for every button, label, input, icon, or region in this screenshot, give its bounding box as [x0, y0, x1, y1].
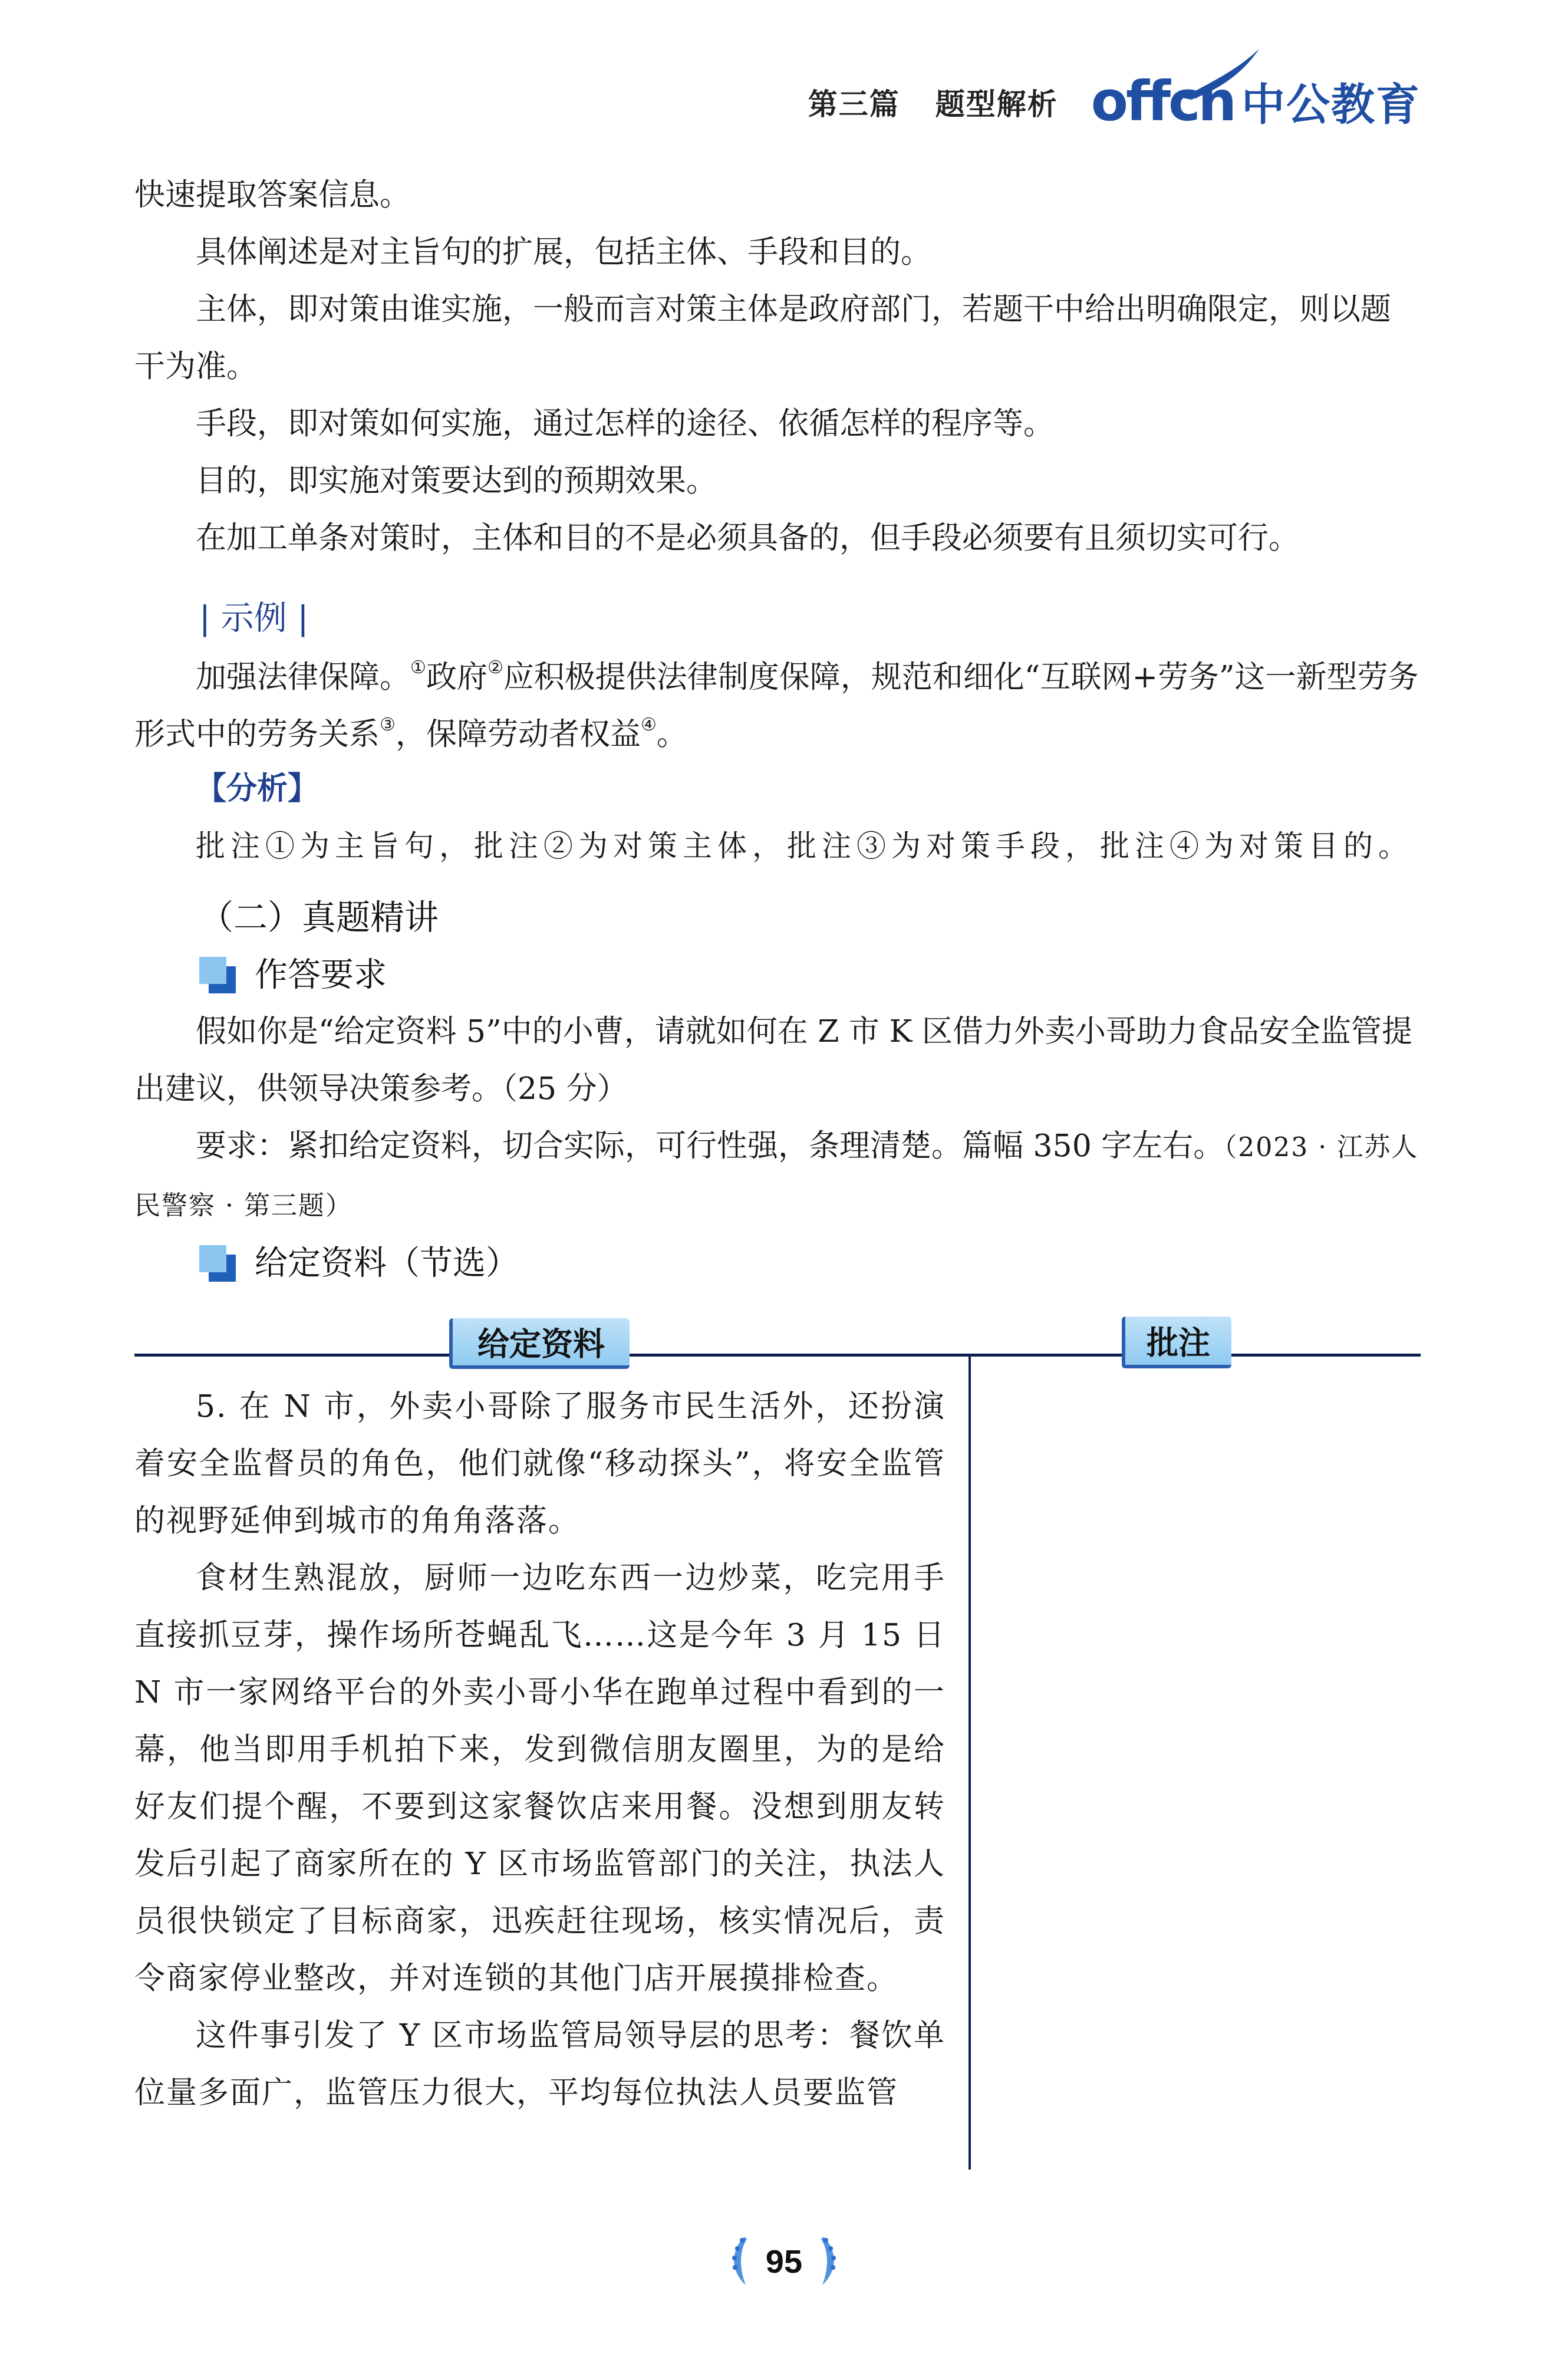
example-section: | 示例 | 加强法律保障。①政府②应积极提供法律制度保障，规范和细化“互联网+…	[134, 590, 1419, 763]
chapter-title: 第三篇题型解析	[808, 81, 1058, 123]
requirement-heading: 作答要求	[199, 946, 1419, 1003]
paragraph: 在加工单条对策时，主体和目的不是必须具备的，但手段必须要有且须切实可行。	[134, 510, 1419, 567]
page-header: 第三篇题型解析 offcn 中公教育	[808, 70, 1421, 134]
part-label: 第三篇	[808, 87, 900, 121]
tab-given-material: 给定资料	[449, 1318, 630, 1369]
material-paragraph: 这件事引发了 Y 区市场监管局领导层的思考：餐饮单位量多面广，监管压力很大，平均…	[134, 2007, 946, 2122]
paragraph: 主体，即对策由谁实施，一般而言对策主体是政府部门，若题干中给出明确限定，则以题干…	[134, 281, 1419, 396]
analysis-text: 批注①为主旨句，批注②为对策主体，批注③为对策手段，批注④为对策目的。	[196, 818, 1419, 875]
requirements-text: 要求：紧扣给定资料，切合实际，可行性强，条理清楚。篇幅 350 字左右。（202…	[134, 1118, 1419, 1235]
annotation-marker: ④	[641, 715, 657, 735]
analysis-label: 【分析】	[196, 761, 1419, 818]
given-material-column: 5. 在 N 市，外卖小哥除了服务市民生活外，还扮演着安全监督员的角色，他们就像…	[134, 1378, 946, 2122]
page-number: 95	[725, 2229, 843, 2293]
real-question-section: （二）真题精讲 作答要求 假如你是“给定资料 5”中的小曹，请就如何在 Z 市 …	[134, 889, 1419, 1292]
laurel-left-icon	[727, 2234, 750, 2287]
offcn-logo: offcn 中公教育	[1091, 75, 1421, 129]
laurel-right-icon	[818, 2234, 841, 2287]
square-bullet-icon	[199, 1245, 236, 1282]
paragraph: 具体阐述是对主旨句的扩展，包括主体、手段和目的。	[134, 224, 1419, 281]
question-text: 假如你是“给定资料 5”中的小曹，请就如何在 Z 市 K 区借力外卖小哥助力食品…	[134, 1003, 1419, 1118]
square-bullet-icon	[199, 957, 236, 993]
annotation-marker: ①	[410, 657, 426, 678]
example-paragraph: 加强法律保障。①政府②应积极提供法律制度保障，规范和细化“互联网+劳务”这一新型…	[134, 649, 1419, 763]
material-paragraph: 5. 在 N 市，外卖小哥除了服务市民生活外，还扮演着安全监督员的角色，他们就像…	[134, 1378, 946, 1550]
intro-section: 快速提取答案信息。 具体阐述是对主旨句的扩展，包括主体、手段和目的。 主体，即对…	[134, 167, 1419, 567]
tab-annotations: 批注	[1122, 1316, 1231, 1368]
analysis-section: 【分析】 批注①为主旨句，批注②为对策主体，批注③为对策手段，批注④为对策目的。	[134, 761, 1419, 875]
paragraph: 目的，即实施对策要达到的预期效果。	[134, 453, 1419, 510]
logo-text-cn: 中公教育	[1241, 81, 1421, 129]
annotation-marker: ②	[487, 657, 503, 678]
example-label: | 示例 |	[199, 590, 1419, 647]
column-divider	[969, 1356, 971, 2170]
logo-text-en: offcn	[1091, 75, 1234, 129]
logo-swoosh-icon	[1180, 48, 1262, 101]
material-paragraph: 食材生熟混放，厨师一边吃东西一边炒菜，吃完用手直接抓豆芽，操作场所苍蝇乱飞……这…	[134, 1550, 946, 2007]
section-title: （二）真题精讲	[199, 889, 1419, 946]
material-heading: 给定资料（节选）	[199, 1235, 1419, 1292]
book-page: 第三篇题型解析 offcn 中公教育 快速提取答案信息。 具体阐述是对主旨句的扩…	[0, 0, 1568, 2370]
paragraph: 手段，即对策如何实施，通过怎样的途径、依循怎样的程序等。	[134, 396, 1419, 453]
section-label: 题型解析	[935, 87, 1058, 121]
annotation-marker: ③	[380, 715, 396, 735]
paragraph: 快速提取答案信息。	[134, 167, 1419, 224]
